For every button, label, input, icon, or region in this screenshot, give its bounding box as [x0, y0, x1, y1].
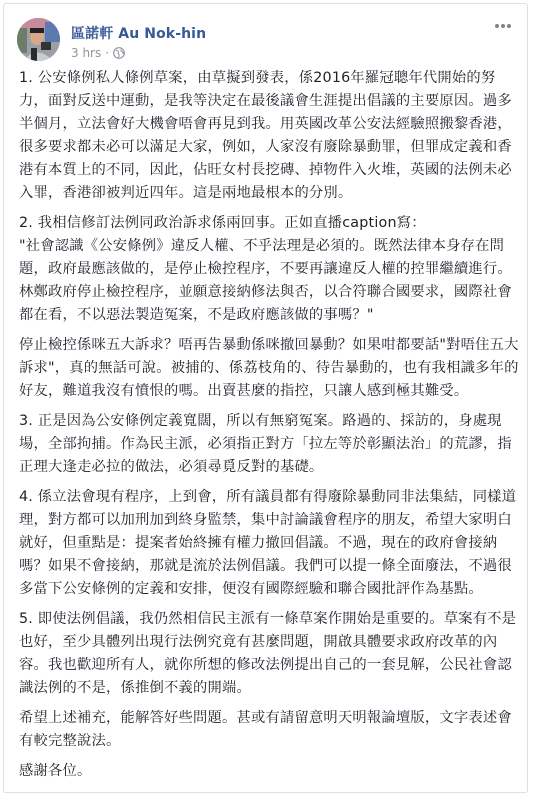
meta-separator: · — [105, 46, 109, 60]
avatar-image — [17, 18, 60, 61]
globe-icon[interactable] — [113, 47, 125, 59]
more-options-icon — [507, 24, 511, 28]
post-header: 區諾軒 Au Nok-hin 3 hrs · — [17, 18, 517, 66]
post-card: 區諾軒 Au Nok-hin 3 hrs · 1. 公安條例私人條例草案，由草擬… — [3, 3, 528, 776]
more-options-icon — [495, 24, 499, 28]
author-name-link[interactable]: 區諾軒 Au Nok-hin — [71, 23, 206, 43]
more-options-button[interactable] — [491, 18, 515, 34]
post-timestamp[interactable]: 3 hrs — [71, 46, 101, 60]
post-paragraph-3: 停止檢控係咪五大訴求？唔再告暴動係咪撤回暴動？如果咁都要話"對唔住五大訴求"，真… — [19, 334, 519, 403]
post-paragraph-7: 希望上述補充，能解答好些問題。甚或有請留意明天明報論壇版，文字表述會有較完整說法… — [19, 707, 519, 753]
post-paragraph-4: 3. 正是因為公安條例定義寬闊，所以有無窮冤案。路過的、採訪的，身處現場，全部拘… — [19, 410, 519, 479]
post-body: 1. 公安條例私人條例草案，由草擬到發表，係2016年羅冠聰年代開始的努力，面對… — [19, 67, 519, 776]
post-paragraph-5: 4. 係立法會現有程序，上到會，所有議員都有得廢除暴動同非法集結，同樣道理，對方… — [19, 486, 519, 601]
avatar[interactable] — [17, 18, 60, 61]
post-meta: 3 hrs · — [71, 46, 125, 60]
post-paragraph-1: 1. 公安條例私人條例草案，由草擬到發表，係2016年羅冠聰年代開始的努力，面對… — [19, 67, 519, 205]
more-options-icon — [501, 24, 505, 28]
post-paragraph-8: 感謝各位。 — [19, 760, 519, 776]
post-paragraph-6: 5. 即使法例倡議，我仍然相信民主派有一條草案作開始是重要的。草案有不是也好，至… — [19, 608, 519, 700]
post-paragraph-2: 2. 我相信修訂法例同政治訴求係兩回事。正如直播caption寫： "社會認識《… — [19, 212, 519, 327]
